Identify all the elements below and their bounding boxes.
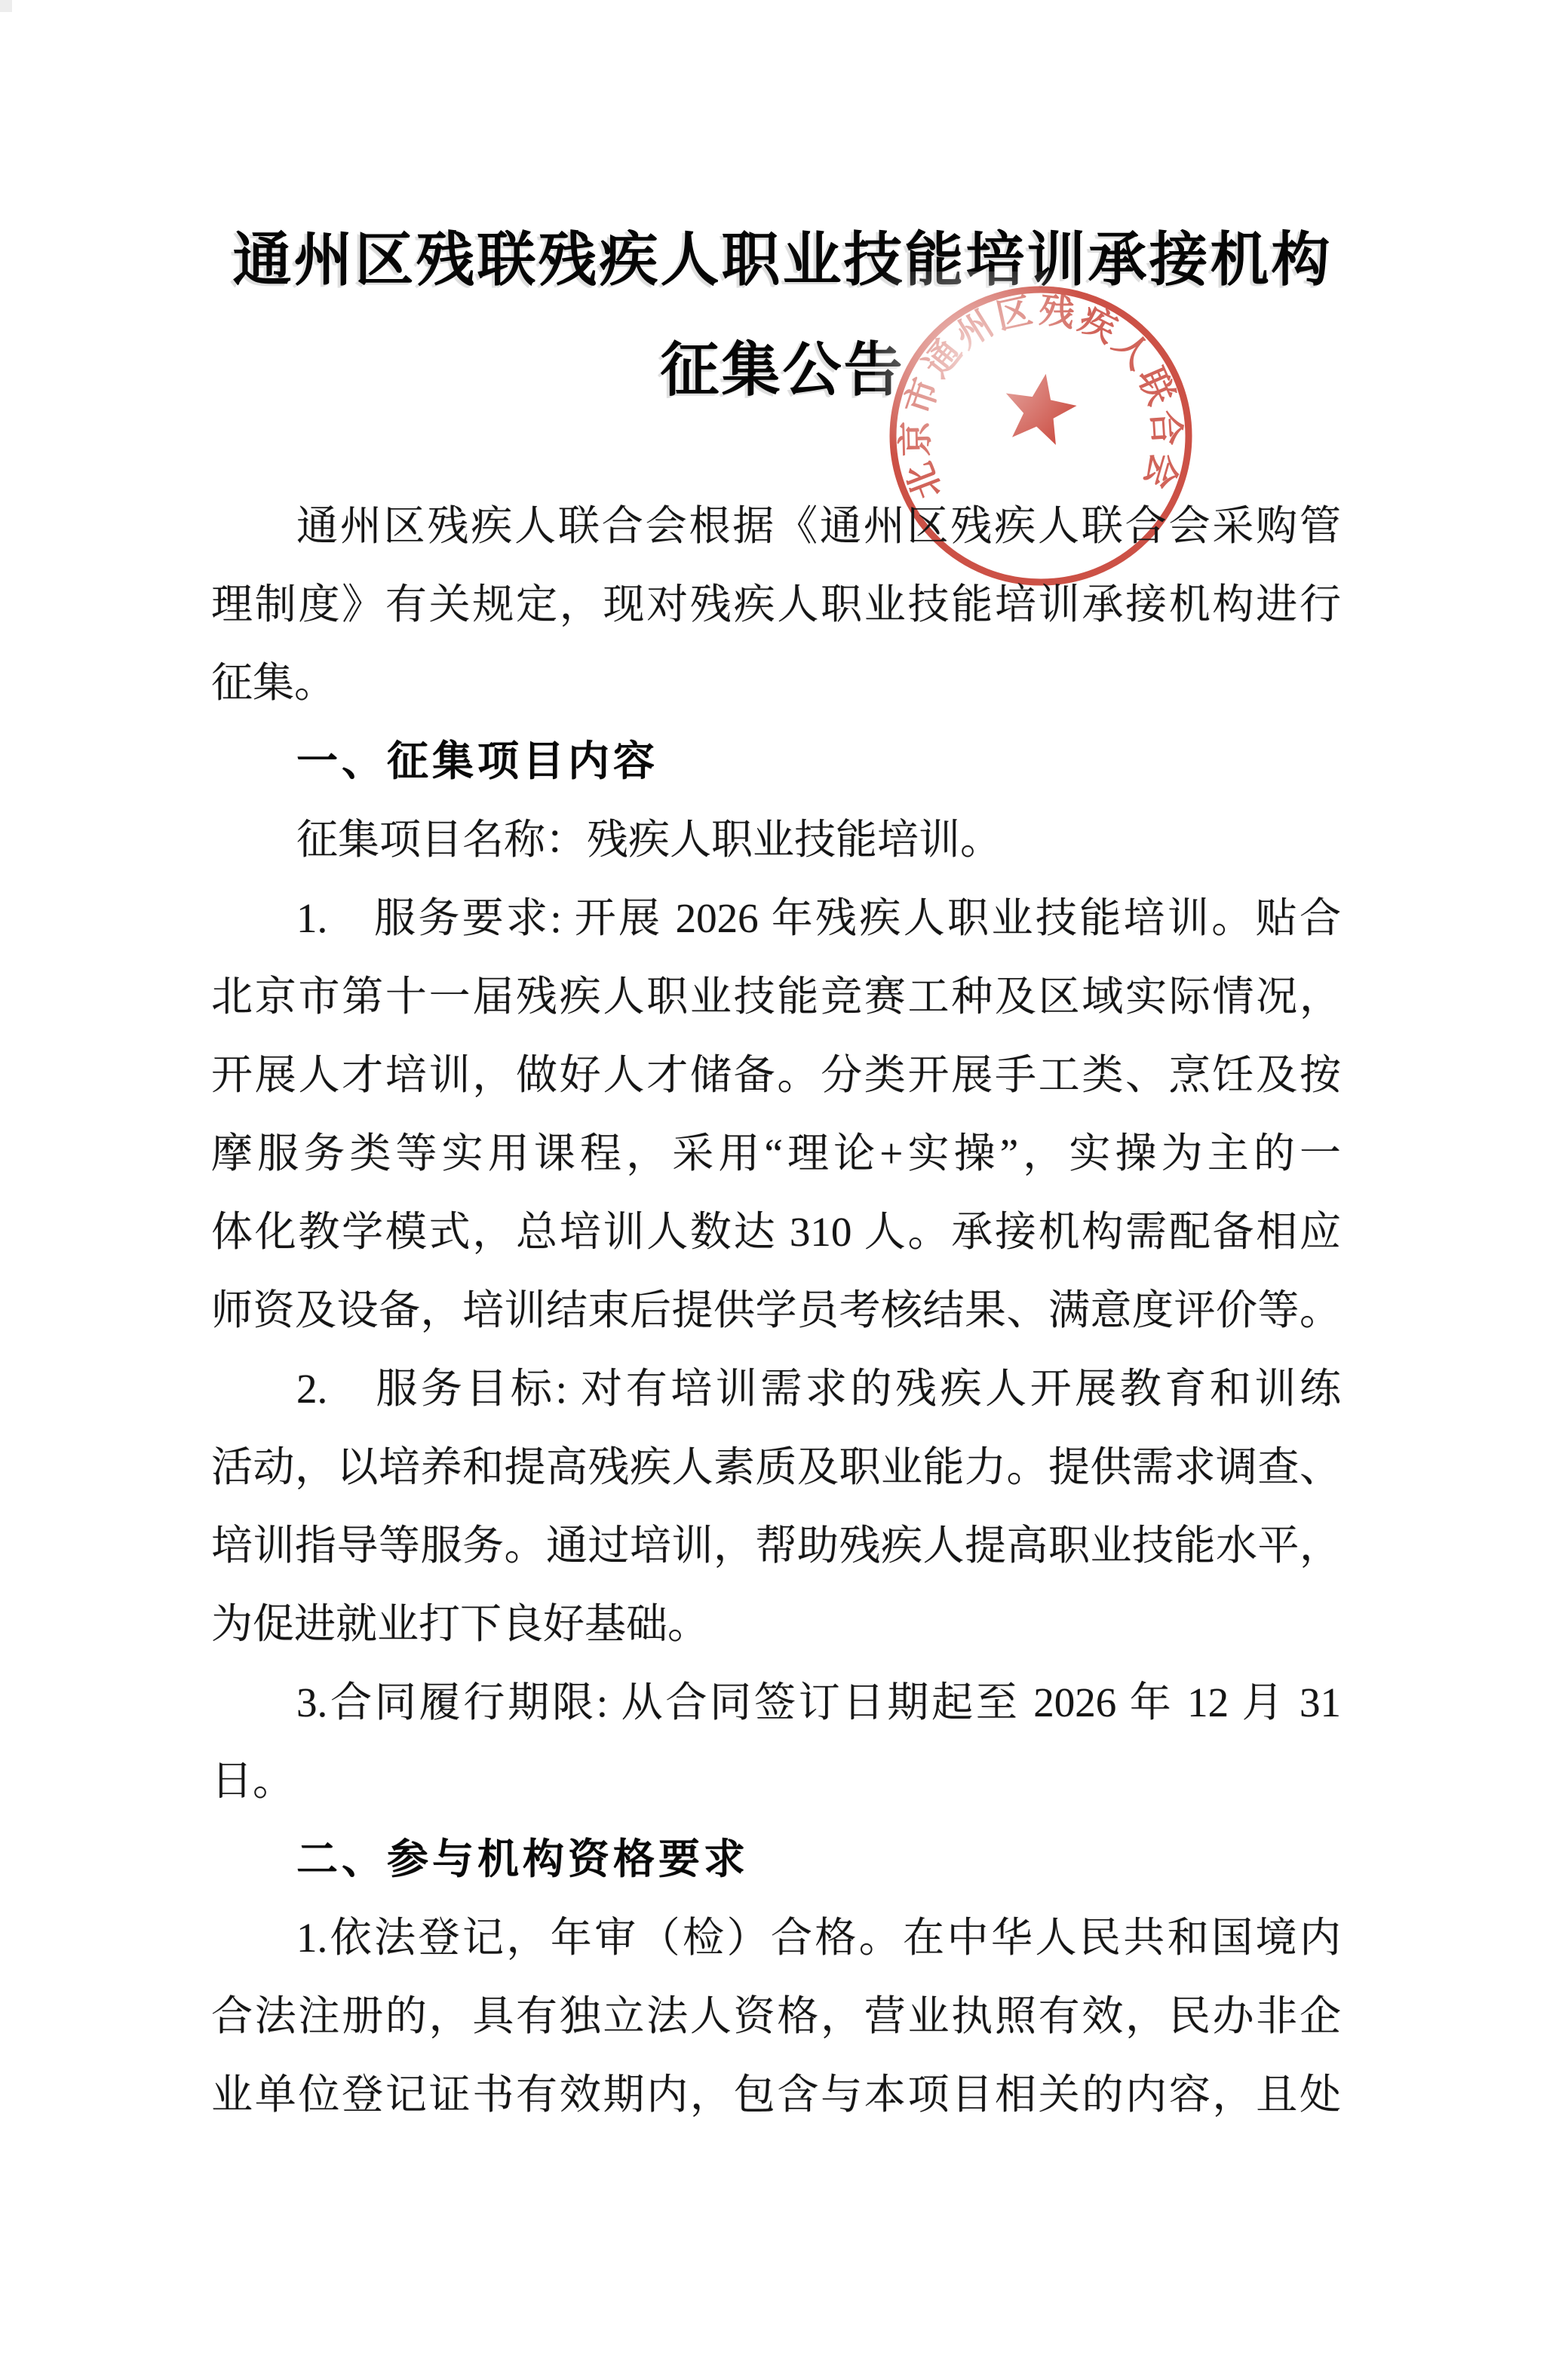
document-title: 通州区残联残疾人职业技能培训承接机构 征集公告 — [0, 205, 1565, 425]
paragraph-line: 1.依法登记，年审（检）合格。在中华人民共和国境内 — [211, 1899, 1341, 1977]
section-heading-line: 二、参与机构资格要求 — [211, 1820, 1341, 1899]
paragraph-line: 培训指导等服务。通过培训，帮助残疾人提高职业技能水平， — [211, 1507, 1341, 1585]
paragraph-line: 征集项目名称：残疾人职业技能培训。 — [211, 801, 1341, 879]
paragraph-line: 合法注册的，具有独立法人资格，营业执照有效，民办非企 — [211, 1977, 1341, 2056]
scan-corner-artifact — [0, 0, 12, 12]
paragraph-line: 体化教学模式，总培训人数达 310 人。承接机构需配备相应 — [211, 1193, 1341, 1271]
paragraph-line: 北京市第十一届残疾人职业技能竞赛工种及区域实际情况， — [211, 958, 1341, 1036]
section-heading-line: 一、征集项目内容 — [211, 722, 1341, 801]
paragraph-line: 通州区残疾人联合会根据《通州区残疾人联合会采购管 — [211, 487, 1341, 566]
paragraph-line: 活动，以培养和提高残疾人素质及职业能力。提供需求调查、 — [211, 1428, 1341, 1507]
paragraph-line: 开展人才培训，做好人才储备。分类开展手工类、烹饪及按 — [211, 1036, 1341, 1115]
announcement-page: 通州区残联残疾人职业技能培训承接机构 征集公告 北京市通州区残疾人联合会 通州区… — [0, 0, 1565, 2380]
title-line-1: 通州区残联残疾人职业技能培训承接机构 — [0, 205, 1565, 315]
paragraph-line: 1. 服务要求: 开展 2026 年残疾人职业技能培训。贴合 — [211, 879, 1341, 958]
paragraph-line: 业单位登记证书有效期内，包含与本项目相关的内容，且处 — [211, 2056, 1341, 2134]
title-line-2: 征集公告 — [0, 315, 1565, 425]
seal-star-icon — [999, 367, 1081, 447]
document-body: 通州区残疾人联合会根据《通州区残疾人联合会采购管理制度》有关规定，现对残疾人职业… — [211, 487, 1341, 2134]
paragraph-line: 3.合同履行期限: 从合同签订日期起至 2026 年 12 月 31 — [211, 1664, 1341, 1742]
paragraph-line: 征集。 — [211, 644, 1341, 722]
paragraph-line: 师资及设备，培训结束后提供学员考核结果、满意度评价等。 — [211, 1271, 1341, 1350]
paragraph-line: 2. 服务目标: 对有培训需求的残疾人开展教育和训练 — [211, 1350, 1341, 1428]
paragraph-line: 日。 — [211, 1742, 1341, 1820]
paragraph-line: 摩服务类等实用课程，采用“理论+实操”，实操为主的一 — [211, 1115, 1341, 1193]
paragraph-line: 理制度》有关规定，现对残疾人职业技能培训承接机构进行 — [211, 566, 1341, 644]
paragraph-line: 为促进就业打下良好基础。 — [211, 1585, 1341, 1664]
